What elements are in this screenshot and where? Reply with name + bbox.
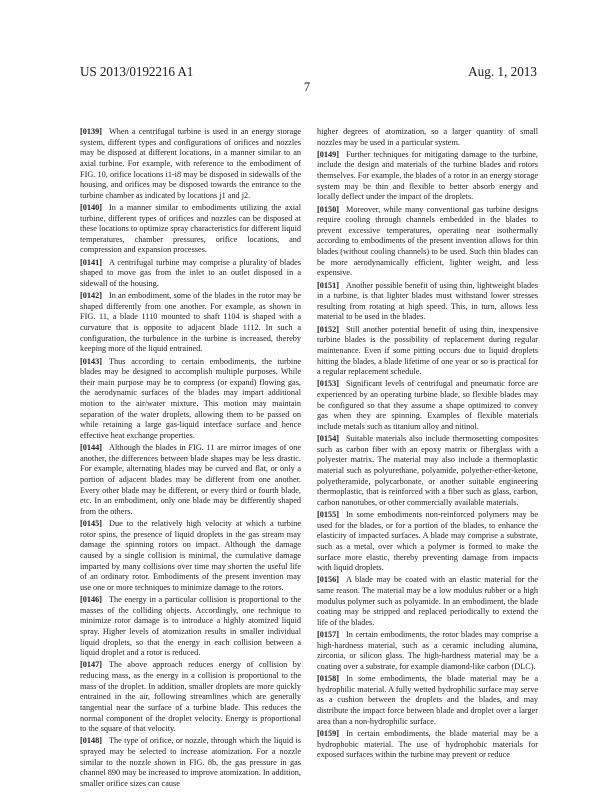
paragraph-number: [0146] xyxy=(80,595,102,604)
paragraph-number: [0143] xyxy=(80,357,102,366)
paragraph-number: [0139] xyxy=(80,127,102,136)
paragraph-number: [0152] xyxy=(317,325,339,334)
paragraph: [0156]A blade may be coated with an elas… xyxy=(317,575,538,628)
paragraph-text: A blade may be coated with an elastic ma… xyxy=(317,575,538,627)
paragraph: [0147]The above approach reduces energy … xyxy=(80,660,301,734)
paragraph: [0159]In certain embodiments, the blade … xyxy=(317,729,538,761)
paragraph: [0152]Still another potential benefit of… xyxy=(317,325,538,378)
paragraph: [0149]Further techniques for mitigating … xyxy=(317,150,538,203)
paragraph-number: [0148] xyxy=(80,736,102,745)
paragraph-number: [0153] xyxy=(317,379,339,388)
paragraph-text: Another possible benefit of using thin, … xyxy=(317,281,538,322)
paragraph-number: [0159] xyxy=(317,729,339,738)
paragraph: [0144]Although the blades in FIG. 11 are… xyxy=(80,443,301,517)
paragraph: [0145]Due to the relatively high velocit… xyxy=(80,519,301,593)
paragraph: [0142]In an embodiment, some of the blad… xyxy=(80,291,301,355)
paragraph-number: [0154] xyxy=(317,434,339,443)
paragraph-text: When a centrifugal turbine is used in an… xyxy=(80,127,301,200)
paragraph-text: In some embodiments non-reinforced polym… xyxy=(317,510,538,572)
left-column: [0139]When a centrifugal turbine is used… xyxy=(80,127,301,789)
paragraph-number: [0150] xyxy=(317,205,339,214)
paragraph: [0141]A centrifugal turbine may comprise… xyxy=(80,258,301,290)
paragraph-text: Significant levels of centrifugal and pn… xyxy=(317,379,538,431)
publication-number: US 2013/0192216 A1 xyxy=(80,64,193,80)
paragraph-text: The energy in a particular collision is … xyxy=(80,595,301,657)
paragraph-text: In certain embodiments, the rotor blades… xyxy=(317,630,538,671)
right-column: higher degrees of atomization, so a larg… xyxy=(317,127,538,761)
paragraph-text: The type of orifice, or nozzle, through … xyxy=(80,736,301,788)
paragraph-text: Thus according to certain embodiments, t… xyxy=(80,357,301,440)
paragraph: [0153]Significant levels of centrifugal … xyxy=(317,379,538,432)
paragraph-text: The above approach reduces energy of col… xyxy=(80,660,301,733)
continued-paragraph: higher degrees of atomization, so a larg… xyxy=(317,127,538,148)
paragraph-text: Still another potential benefit of using… xyxy=(317,325,538,377)
paragraph-number: [0140] xyxy=(80,203,102,212)
paragraph-number: [0145] xyxy=(80,519,102,528)
paragraph-text: In a manner similar to embodiments utili… xyxy=(80,203,301,255)
paragraph-number: [0142] xyxy=(80,291,102,300)
paragraph-text: In an embodiment, some of the blades in … xyxy=(80,291,301,353)
paragraph-text: A centrifugal turbine may comprise a plu… xyxy=(80,258,301,288)
paragraph: [0151]Another possible benefit of using … xyxy=(317,281,538,324)
paragraph: [0146]The energy in a particular collisi… xyxy=(80,595,301,659)
paragraph: [0155]In some embodiments non-reinforced… xyxy=(317,510,538,574)
paragraph-number: [0155] xyxy=(317,510,339,519)
paragraph-number: [0147] xyxy=(80,660,102,669)
paragraph-text: Although the blades in FIG. 11 are mirro… xyxy=(80,443,301,516)
paragraph-number: [0158] xyxy=(317,674,339,683)
paragraph: [0157]In certain embodiments, the rotor … xyxy=(317,630,538,673)
paragraph-text: Further techniques for mitigating damage… xyxy=(317,150,538,202)
paragraph-text: In some embodiments, the blade material … xyxy=(317,674,538,726)
paragraph-number: [0144] xyxy=(80,443,102,452)
paragraph: [0150]Moreover, while many conventional … xyxy=(317,205,538,279)
page-number: 7 xyxy=(0,80,614,95)
paragraph-text: Moreover, while many conventional gas tu… xyxy=(317,205,538,278)
paragraph: [0154]Suitable materials also include th… xyxy=(317,434,538,508)
paragraph-text: Due to the relatively high velocity at w… xyxy=(80,519,301,592)
publication-date: Aug. 1, 2013 xyxy=(468,64,537,80)
paragraph: [0158]In some embodiments, the blade mat… xyxy=(317,674,538,727)
paragraph-number: [0141] xyxy=(80,258,102,267)
paragraph-number: [0157] xyxy=(317,630,339,639)
paragraph-number: [0151] xyxy=(317,281,339,290)
paragraph: [0143]Thus according to certain embodime… xyxy=(80,357,301,442)
paragraph-text: Suitable materials also include thermose… xyxy=(317,434,538,507)
paragraph: [0140]In a manner similar to embodiments… xyxy=(80,203,301,256)
paragraph-number: [0149] xyxy=(317,150,339,159)
paragraph: [0139]When a centrifugal turbine is used… xyxy=(80,127,301,201)
paragraph-text: In certain embodiments, the blade materi… xyxy=(317,729,538,759)
paragraph-number: [0156] xyxy=(317,575,339,584)
paragraph: [0148]The type of orifice, or nozzle, th… xyxy=(80,736,301,789)
